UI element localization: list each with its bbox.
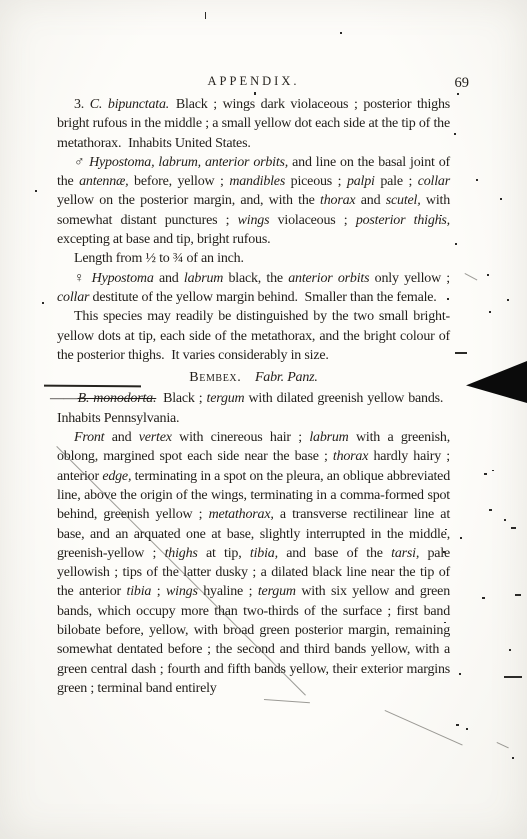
scanned-book-page: APPENDIX. 69 3. C. bipunctata. Black ; w…	[0, 0, 527, 839]
female-description: ♀ Hypostoma and labrum black, the anteri…	[57, 269, 450, 308]
ink-speck	[456, 724, 459, 726]
ink-speck	[443, 551, 445, 553]
ink-speck	[489, 509, 492, 511]
ink-speck	[509, 649, 511, 651]
ink-speck	[35, 190, 37, 192]
ink-speck	[445, 529, 447, 530]
ink-speck	[447, 298, 449, 300]
ink-speck	[515, 594, 521, 596]
male-description: ♂ Hypostoma, labrum, anterior orbits, an…	[57, 153, 450, 249]
ink-speck	[507, 299, 509, 301]
ink-speck	[492, 470, 494, 471]
length-note: Length from ½ to ¾ of an inch.	[57, 249, 450, 268]
remark: This species may readily be distinguishe…	[57, 307, 450, 365]
page-text: 3. C. bipunctata. Black ; wings dark vio…	[57, 95, 450, 698]
ink-speck	[455, 243, 457, 245]
page-number: 69	[455, 75, 470, 92]
ink-speck	[466, 728, 468, 730]
pen-scratch	[264, 699, 310, 703]
ink-speck	[254, 92, 256, 95]
species-entry-bipunctata: 3. C. bipunctata. Black ; wings dark vio…	[57, 95, 450, 153]
pen-scratch	[497, 742, 509, 748]
ink-blot-triangle	[466, 361, 527, 403]
ink-speck	[484, 473, 487, 475]
ink-speck	[459, 673, 461, 675]
ink-speck	[489, 311, 491, 313]
ink-speck	[476, 179, 478, 181]
ink-speck	[205, 12, 206, 19]
species-entry-monodorta: ——B. monodorta. Black ; tergum with dila…	[57, 389, 450, 428]
species-description: Front and vertex with cinereous hair ; l…	[57, 428, 450, 698]
ink-speck	[482, 597, 485, 599]
ink-speck	[454, 133, 456, 135]
ink-speck	[444, 622, 446, 623]
ink-speck	[511, 527, 516, 529]
pen-scratch	[385, 710, 463, 745]
ink-speck	[460, 537, 462, 539]
page-title: APPENDIX.	[57, 74, 450, 89]
ink-speck	[504, 519, 506, 521]
ink-speck	[500, 198, 502, 200]
pen-scratch	[465, 273, 478, 280]
ink-speck	[455, 352, 467, 354]
ink-speck	[512, 757, 514, 759]
ink-speck	[340, 32, 342, 34]
ink-speck	[440, 215, 442, 216]
ink-speck	[504, 676, 522, 678]
ink-speck	[457, 93, 459, 95]
ink-speck	[42, 302, 44, 304]
ink-speck	[487, 274, 489, 276]
